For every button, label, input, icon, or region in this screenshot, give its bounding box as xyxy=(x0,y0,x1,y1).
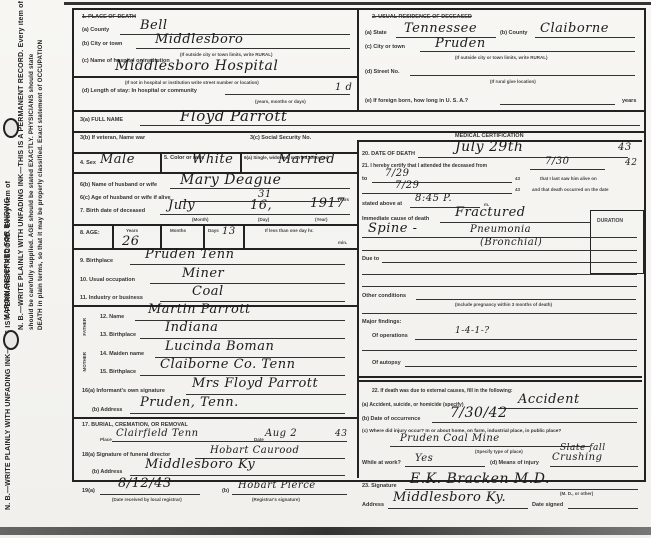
birth-month-value: July xyxy=(168,198,195,213)
occupation-label: 10. Usual occupation xyxy=(80,277,135,283)
residence-state-label: (a) State xyxy=(365,30,387,36)
burial-date-label: Date xyxy=(254,437,264,442)
residence-county-label: (b) County xyxy=(500,30,528,36)
physician-signature-value: E.K. Bracken M.D. xyxy=(410,471,550,487)
cause-line-1: Fractured xyxy=(455,205,526,220)
operations-label: Of operations xyxy=(372,333,408,339)
filed-label: 19(a) xyxy=(82,488,95,494)
major-findings-label: Major findings: xyxy=(362,319,401,325)
cause-line-2: Spine - xyxy=(368,221,417,236)
filed-date-value: 8/12/43 xyxy=(118,476,172,491)
injury-place-type-label: (Specify type of place) xyxy=(475,449,523,454)
residence-heading: 2. USUAL RESIDENCE OF DECEASED xyxy=(372,14,472,20)
full-name-value: Floyd Parrott xyxy=(180,107,287,125)
death-city-note: (If outside city or town limits, write R… xyxy=(180,52,273,57)
age-years-label: Years xyxy=(126,228,138,233)
informant-address-value: Pruden, Tenn. xyxy=(140,395,239,410)
birth-year-value: 1917 xyxy=(310,196,345,211)
informant-label: 16(a) Informant's own signature xyxy=(82,388,165,394)
father-name-label: 12. Name xyxy=(100,314,124,320)
stated-above-label: stated above at xyxy=(362,201,402,207)
death-county-label: (a) County xyxy=(82,27,109,33)
birthplace-label: 9. Birthplace xyxy=(80,258,113,264)
physician-signature-label: 23. Signature xyxy=(362,483,397,489)
operations-value: 1-4-1-? xyxy=(455,326,490,336)
spouse-value: Mary Deague xyxy=(180,172,281,188)
father-birthplace-label: 13. Birthplace xyxy=(100,332,136,338)
death-city-label: (b) City or town xyxy=(82,41,122,47)
external-causes-label: 22. If death was due to external causes,… xyxy=(372,388,513,394)
funeral-address-value: Middlesboro Ky xyxy=(145,457,255,472)
foreign-born-unit: years xyxy=(622,98,636,104)
binding-reserved-label: MARGIN RESERVED FOR BINDING xyxy=(4,170,12,320)
instructions-text-1: N. B.—WRITE PLAINLY WITH UNFADING INK—TH… xyxy=(18,30,26,330)
cause-line-2b: Pneumonia xyxy=(470,224,531,235)
color-value: White xyxy=(192,152,233,167)
last-seen-value: 7/29 xyxy=(395,180,419,191)
divider xyxy=(72,110,644,112)
cause-line-3: (Bronchial) xyxy=(480,237,542,248)
residence-city-note: (If outside city or town limits, write R… xyxy=(455,55,548,60)
father-group-label: FATHER xyxy=(82,318,87,336)
attended-label: 21. I hereby certify that I attended the… xyxy=(362,163,487,169)
death-county-value: Bell xyxy=(140,18,168,33)
street-note: (If rural give location) xyxy=(490,79,536,84)
occurrence-date-label: (b) Date of occurrence xyxy=(362,416,420,422)
physician-address-label: Address xyxy=(362,502,384,508)
injury-means-value: Crushing xyxy=(552,452,602,463)
instructions-text-2: should be carefully supplied. AGE should… xyxy=(28,30,36,330)
father-name-value: Martin Parrott xyxy=(148,302,251,317)
residence-city-label: (c) City or town xyxy=(365,44,405,50)
burial-place-label: Place xyxy=(100,437,112,442)
age-months-label: Months xyxy=(170,228,186,233)
bottom-edge xyxy=(0,527,651,535)
occurred-text: and that death occurred on the date xyxy=(532,187,609,192)
binding-hole-bottom-icon xyxy=(3,330,19,350)
other-conditions-note: (Include pregnancy within 3 months of de… xyxy=(455,302,552,307)
full-name-label: 3(a) FULL NAME xyxy=(80,117,123,123)
last-seen-year: 43 xyxy=(515,187,520,192)
birth-date-label: 7. Birth date of deceased xyxy=(80,208,145,214)
stay-label: (d) Length of stay: In hospital or commu… xyxy=(82,88,197,94)
other-conditions-label: Other conditions xyxy=(362,293,406,299)
mother-name-value: Lucinda Boman xyxy=(165,339,274,354)
burial-year-value: 43 xyxy=(335,429,347,439)
binding-hole-top-icon xyxy=(3,118,19,138)
hospital-note: (If not in hospital or institution write… xyxy=(125,80,259,85)
death-certificate: N. B.—WRITE PLAINLY WITH UNFADING INK—TH… xyxy=(0,0,651,538)
time-of-death-value: 8:45 P. xyxy=(415,193,452,204)
residence-county-value: Claiborne xyxy=(540,21,609,36)
date-of-death-value: July 29th xyxy=(455,139,523,155)
age-min-label: min. xyxy=(338,240,347,245)
instructions-continued: N. B.—WRITE PLAINLY WITH UNFADING INK—TH… xyxy=(5,340,13,510)
accident-type-value: Accident xyxy=(518,392,580,407)
date-of-death-label: 20. DATE OF DEATH xyxy=(362,151,415,157)
at-work-value: Yes xyxy=(415,453,433,464)
attended-to-label: to xyxy=(362,176,367,182)
burial-place-value: Clairfield Tenn xyxy=(116,428,199,439)
spouse-age-label: 6(c) Age of husband or wife if alive xyxy=(80,195,171,201)
occurrence-date-value: 7/30/42 xyxy=(450,405,507,421)
divider xyxy=(357,8,359,110)
accident-type-label: (a) Accident, suicide, or homicide (spec… xyxy=(362,402,464,408)
due-to-label: Due to xyxy=(362,256,379,262)
injury-means-label: (d) Means of injury xyxy=(490,460,539,466)
ssn-label: 3(c) Social Security No. xyxy=(250,135,311,141)
age-days-label: Days xyxy=(208,228,219,233)
sex-label: 4. Sex xyxy=(80,160,96,166)
registrar-caption: (Registrar's signature) xyxy=(252,497,300,502)
burial-date-value: Aug 2 xyxy=(265,428,297,439)
place-of-death-heading: 1. PLACE OF DEATH xyxy=(82,14,136,20)
industry-value: Coal xyxy=(192,284,224,299)
date-of-death-year: 43 xyxy=(618,142,632,153)
hospital-value: Middlesboro Hospital xyxy=(115,58,278,74)
marital-value: Married xyxy=(278,152,335,167)
veteran-label: 3(b) If veteran, Name war xyxy=(80,135,145,141)
attended-from-year: 42 xyxy=(625,158,637,168)
binding-margin: N. B.—WRITE PLAINLY WITH UNFADING INK—TH… xyxy=(0,0,64,538)
mother-group-label: MOTHER xyxy=(82,352,87,372)
at-work-label: While at work? xyxy=(362,460,401,466)
attended-from-value: 7/30 xyxy=(545,156,569,167)
top-edge xyxy=(64,2,651,5)
alive-text: that I last saw him alive on xyxy=(540,176,597,181)
funeral-director-value: Hobart Caurood xyxy=(210,445,299,456)
stay-value: 1 d xyxy=(335,82,352,93)
mother-birthplace-label: 15. Birthplace xyxy=(100,369,136,375)
attended-to-year: 43 xyxy=(515,176,520,181)
physician-signature-caption: (M. D., or other) xyxy=(560,491,593,496)
birthplace-value: Pruden Tenn xyxy=(145,247,234,262)
street-label: (d) Street No. xyxy=(365,69,400,75)
filed-caption: (Date received by local registrar) xyxy=(112,497,182,502)
sex-value: Male xyxy=(100,152,135,167)
funeral-address-label: (b) Address xyxy=(92,469,122,475)
registrar-value: Hobart Pierce xyxy=(238,480,316,491)
death-city-value: Middlesboro xyxy=(155,32,243,47)
registrar-label: (b) xyxy=(222,488,229,494)
physician-address-value: Middlesboro Ky. xyxy=(393,490,506,505)
duration-label: DURATION xyxy=(597,218,623,224)
divider xyxy=(357,140,359,478)
age-less-than-day-label: If less than one day hr. xyxy=(265,228,314,233)
age-label: 8. AGE: xyxy=(80,230,100,236)
injury-place-value: Pruden Coal Mine xyxy=(400,433,500,444)
spouse-label: 6(b) Name of husband or wife xyxy=(80,182,157,188)
mother-birthplace-value: Claiborne Co. Tenn xyxy=(160,357,295,372)
date-signed-label: Date signed xyxy=(532,502,563,508)
attended-to-value: 7/29 xyxy=(385,168,409,179)
father-birthplace-value: Indiana xyxy=(165,320,218,335)
mother-name-label: 14. Maiden name xyxy=(100,351,144,357)
age-years-value: 26 xyxy=(122,234,140,249)
autopsy-label: Of autopsy xyxy=(372,360,401,366)
foreign-born-label: (e) If foreign born, how long in U. S. A… xyxy=(365,98,468,104)
residence-city-value: Pruden xyxy=(435,36,486,51)
stay-note: (years, months or days) xyxy=(255,99,306,104)
informant-address-label: (b) Address xyxy=(92,407,122,413)
informant-value: Mrs Floyd Parrott xyxy=(192,376,318,391)
age-days-value: 13 xyxy=(222,226,236,237)
birth-year-caption: (Year) xyxy=(315,217,328,222)
birth-day-caption: (Day) xyxy=(258,217,269,222)
birth-month-caption: (Month) xyxy=(192,217,209,222)
occupation-value: Miner xyxy=(182,266,224,281)
residence-state-value: Tennessee xyxy=(404,21,477,36)
industry-label: 11. Industry or business xyxy=(80,295,143,301)
birth-day-value: 16, xyxy=(250,198,272,213)
instructions-text-3: DEATH in plain terms, so that it may be … xyxy=(37,30,45,330)
